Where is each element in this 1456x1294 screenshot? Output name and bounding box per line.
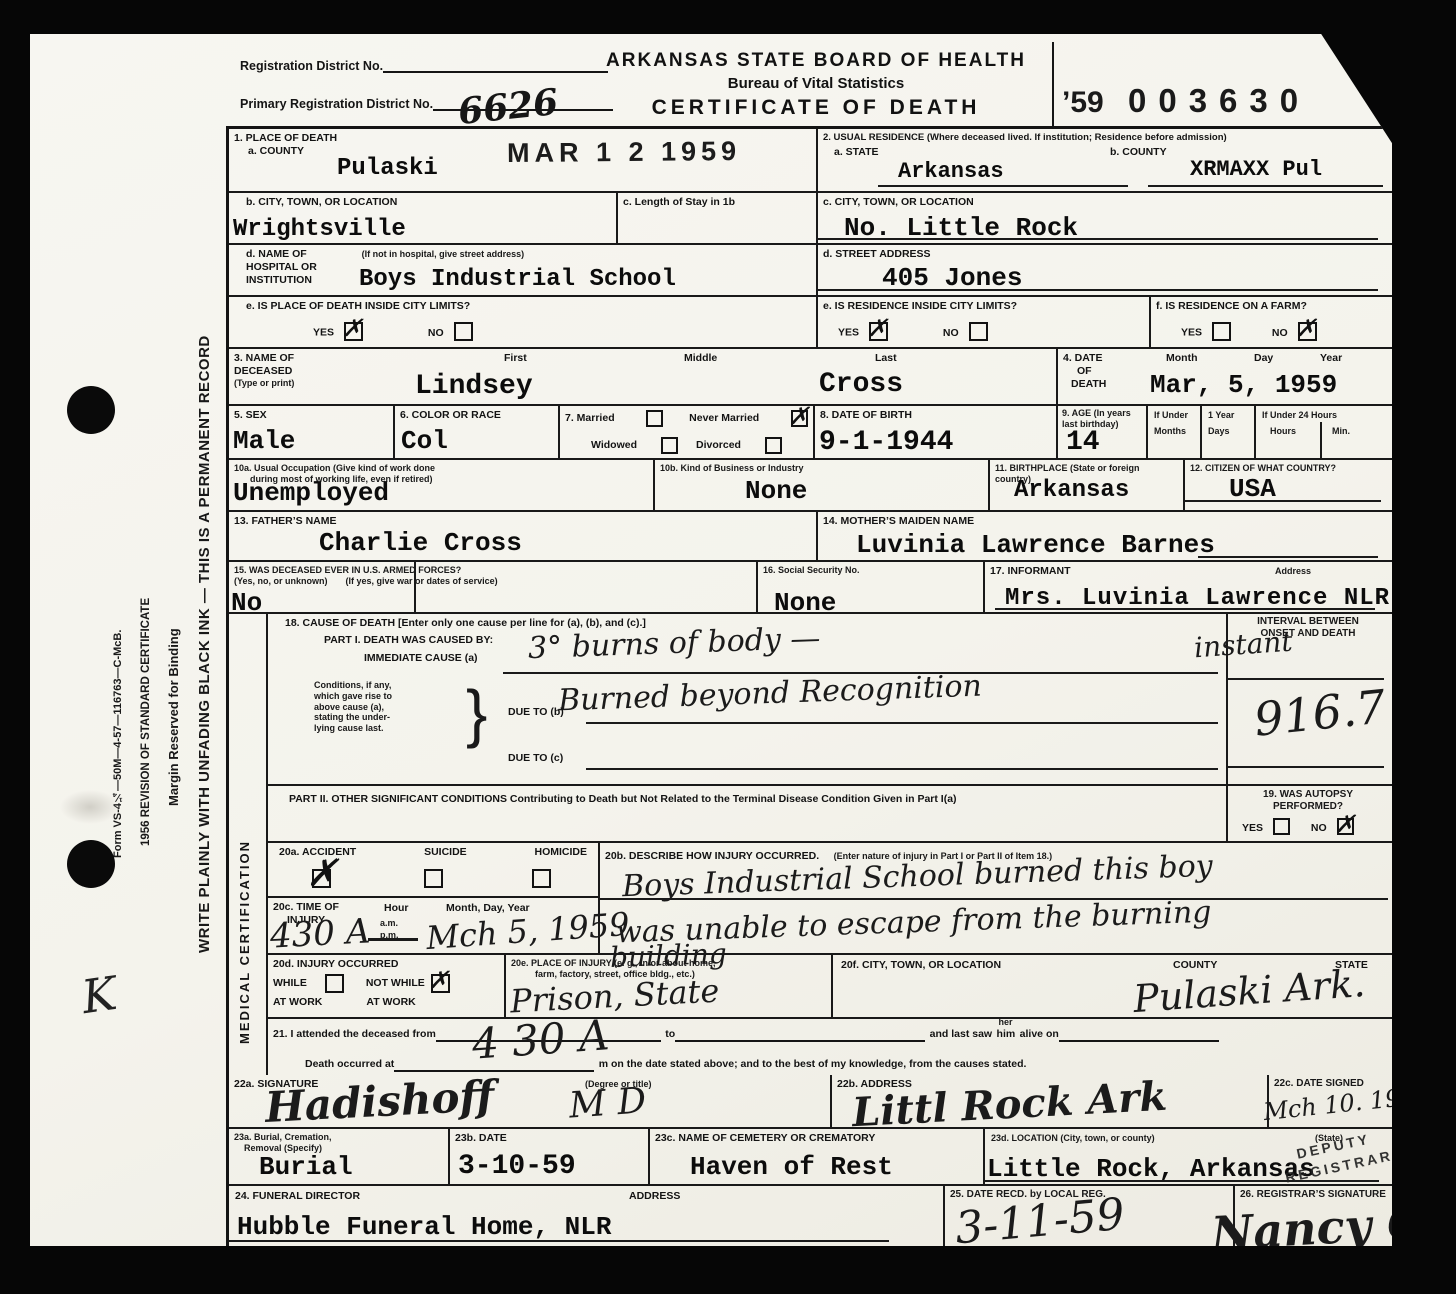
usual-residence-label: 2. USUAL RESIDENCE (Where deceased lived… — [823, 132, 1383, 144]
field-accident-suicide-homicide: 20a. ACCIDENT SUICIDE HOMICIDE ✗ — [268, 843, 598, 898]
check-mark: ✗ — [1296, 314, 1316, 342]
field-citizen: 12. CITIZEN OF WHAT COUNTRY? USA — [1185, 460, 1388, 510]
conditions-note-3: above cause (a), — [314, 702, 474, 713]
residence-city-limits-label: e. IS RESIDENCE INSIDE CITY LIMITS? — [823, 300, 1144, 313]
certificate-form: 1. PLACE OF DEATH a. COUNTY Pulaski MAR … — [226, 126, 1396, 1251]
autopsy-no-checkbox: ✗ — [1337, 818, 1354, 835]
field-burial-date: 23b. DATE 3-10-59 — [450, 1129, 650, 1184]
street-address-label: d. STREET ADDRESS — [823, 248, 1383, 261]
describe-injury-label: 20b. DESCRIBE HOW INJURY OCCURRED. — [605, 850, 819, 862]
medical-certification-block: MEDICAL CERTIFICATION 18. CAUSE OF DEATH… — [229, 614, 1393, 1075]
dob-label: 8. DATE OF BIRTH — [820, 409, 1051, 422]
occupation-value: Unemployed — [233, 478, 389, 508]
sex-value: Male — [233, 426, 295, 456]
death-time-value: 4 30 A — [470, 1010, 610, 1068]
cemetery-label: 23c. NAME OF CEMETERY OR CREMATORY — [655, 1132, 978, 1145]
medical-certification-strip: MEDICAL CERTIFICATION — [229, 614, 268, 1075]
suicide-label: SUICIDE — [424, 846, 467, 859]
residence-county-label: b. COUNTY — [1110, 146, 1167, 159]
received-date-stamp: MAR 1 2 1959 — [507, 136, 741, 169]
residence-state-value: Arkansas — [898, 159, 1004, 184]
interval-code: 916.7 — [1252, 679, 1389, 746]
min-label: Min. — [1332, 426, 1350, 437]
time-injury-value: 430 A — [269, 911, 371, 956]
field-institution: d. NAME OF (If not in hospital, give str… — [229, 245, 818, 295]
informant-address-label: Address — [1275, 566, 1311, 577]
field-registrar-signature: 26. REGISTRAR’S SIGNATURE Nancy C Wilson — [1235, 1186, 1388, 1248]
certificate-number-stamp: 003630 — [1128, 82, 1310, 120]
under-1-year-label-a: If Under — [1154, 410, 1188, 421]
race-value: Col — [401, 426, 448, 456]
first-name-header: First — [504, 352, 527, 365]
physician-signature-value: Hadishoff — [264, 1071, 495, 1132]
field-physician-signature: 22a. SIGNATURE (Degree or title) Hadisho… — [229, 1075, 832, 1127]
rule — [1198, 556, 1378, 558]
field-color-or-race: 6. COLOR OR RACE Col — [395, 406, 560, 458]
field-father-name: 13. FATHER’S NAME Charlie Cross — [229, 512, 818, 560]
him-label: herhim — [997, 1028, 1016, 1040]
field-death-city-limits: e. IS PLACE OF DEATH INSIDE CITY LIMITS?… — [229, 297, 818, 347]
rule — [1228, 766, 1384, 768]
burial-date-label: 23b. DATE — [455, 1132, 643, 1145]
while-at-work-checkbox — [325, 974, 344, 993]
not-while-at-work-checkbox: ✗ — [431, 974, 450, 993]
farm-no-checkbox: ✗ — [1298, 322, 1317, 341]
under-24-hours-label: If Under 24 Hours — [1262, 410, 1382, 421]
at-work-label-2: AT WORK — [366, 996, 415, 1009]
field-attended-deceased: 21. I attended the deceased from to and … — [268, 1019, 1388, 1075]
rule — [818, 289, 1378, 291]
residence-state-label: a. STATE — [834, 146, 879, 159]
ssn-label: 16. Social Security No. — [763, 565, 978, 576]
no-label: NO — [943, 327, 959, 339]
widowed-label: Widowed — [591, 439, 637, 452]
field-date-of-death: 4. DATE OF DEATH Month Day Year Mar, 5, … — [1058, 349, 1388, 404]
registration-district-label: Registration District No. — [240, 58, 608, 73]
header-divider — [1052, 42, 1054, 126]
degree-value: M D — [568, 1080, 648, 1126]
conditions-note-5: lying cause last. — [314, 723, 474, 734]
divorced-label: Divorced — [696, 439, 741, 452]
margin-revision-note: 1956 REVISION OF STANDARD CERTIFICATE — [140, 434, 152, 1009]
cemetery-value: Haven of Rest — [690, 1152, 893, 1182]
field-length-of-stay: c. Length of Stay in 1b — [618, 193, 818, 243]
conditions-note-2: which gave rise to — [314, 691, 474, 702]
rule — [1148, 185, 1383, 187]
injury-location-value: Pulaski Ark. — [1132, 961, 1367, 1021]
field-part2-conditions: PART II. OTHER SIGNIFICANT CONDITIONS Co… — [268, 786, 1228, 841]
field-interval-onset-death: INTERVAL BETWEEN ONSET AND DEATH instant… — [1228, 614, 1388, 784]
year-header: Year — [1320, 352, 1342, 365]
attended-to-label: to — [665, 1028, 675, 1040]
bureau-subtitle: Bureau of Vital Statistics — [556, 75, 1076, 92]
burial-value: Burial — [259, 1152, 353, 1182]
field-physician-address: 22b. ADDRESS Littl Rock Ark — [832, 1075, 1269, 1127]
check-mark: ✗ — [1335, 810, 1355, 838]
last-name-header: Last — [875, 352, 897, 365]
rule — [1185, 500, 1381, 502]
father-label: 13. FATHER’S NAME — [234, 515, 811, 528]
yes-label: YES — [1181, 327, 1202, 339]
institution-note: (If not in hospital, give street address… — [362, 249, 525, 259]
registration-district-text: Registration District No. — [240, 59, 383, 73]
margin-ink-note: WRITE PLAINLY WITH UNFADING BLACK INK — … — [196, 139, 213, 1149]
injury-county-label: COUNTY — [1173, 959, 1217, 972]
margin-binding-note: Margin Reserved for Binding — [166, 522, 181, 912]
day-header: Day — [1254, 352, 1273, 365]
autopsy-label-1: 19. WAS AUTOPSY — [1233, 789, 1383, 801]
check-mark: ✗ — [306, 851, 338, 895]
field-residence-city: c. CITY, TOWN, OR LOCATION No. Little Ro… — [818, 193, 1388, 243]
field-informant: 17. INFORMANT Address Mrs. Luvinia Lawre… — [985, 562, 1388, 612]
cause-part1-label: PART I. DEATH WAS CAUSED BY: — [324, 634, 493, 647]
name-label-2: DECEASED — [234, 365, 1051, 378]
field-age: 9. AGE (In years last birthday) 14 If Un… — [1058, 406, 1388, 458]
immediate-cause-label: IMMEDIATE CAUSE (a) — [364, 652, 478, 665]
city-of-death-value: Wrightsville — [233, 216, 406, 243]
rule — [818, 238, 1378, 240]
autopsy-label-2: PERFORMED? — [1233, 801, 1383, 813]
name-label-3: (Type or print) — [234, 378, 1051, 389]
field-place-of-injury: 20e. PLACE OF INJURY (e. g., in or about… — [506, 955, 833, 1017]
rule — [586, 768, 1218, 770]
race-label: 6. COLOR OR RACE — [400, 409, 553, 422]
residence-limits-no-checkbox — [969, 322, 988, 341]
field-time-of-injury: 20c. TIME OF INJURY Hour a.m. p.m. Month… — [268, 898, 598, 953]
divorced-checkbox — [765, 437, 782, 454]
length-of-stay-label: c. Length of Stay in 1b — [623, 196, 811, 209]
death-limits-yes-checkbox: ✗ — [344, 322, 363, 341]
header-titles: ARKANSAS STATE BOARD OF HEALTH Bureau of… — [556, 50, 1076, 120]
at-work-label-1: AT WORK — [273, 996, 322, 1009]
field-cause-of-death: 18. CAUSE OF DEATH [Enter only one cause… — [268, 614, 1228, 784]
no-label: NO — [428, 327, 444, 339]
rule — [600, 898, 1388, 900]
board-title: ARKANSAS STATE BOARD OF HEALTH — [556, 50, 1076, 72]
residence-limits-yes-checkbox: ✗ — [869, 322, 888, 341]
months-label: Months — [1154, 426, 1186, 437]
certificate-title: CERTIFICATE OF DEATH — [556, 96, 1076, 120]
conditions-brace: } — [466, 676, 487, 750]
residence-county-value: XRMAXX Pul — [1190, 157, 1322, 182]
burial-date-value: 3-10-59 — [458, 1151, 576, 1182]
rule — [878, 185, 1128, 187]
age-label-1: 9. AGE (In years — [1062, 408, 1131, 419]
institution-label-1: d. NAME OF — [246, 248, 307, 260]
conditions-note-4: stating the under- — [314, 712, 474, 723]
field-autopsy: 19. WAS AUTOPSY PERFORMED? YES NO ✗ — [1228, 786, 1388, 841]
part2-label: PART II. OTHER SIGNIFICANT CONDITIONS Co… — [289, 793, 1221, 806]
certificate-year-stamp: ’59 — [1062, 86, 1104, 120]
primary-registration-text: Primary Registration District No. — [240, 97, 433, 111]
informant-label: 17. INFORMANT — [990, 565, 1383, 578]
name-label-1: 3. NAME OF — [234, 352, 1051, 365]
married-label: 7. Married — [565, 412, 615, 425]
suicide-checkbox — [424, 869, 443, 888]
mother-label: 14. MOTHER’S MAIDEN NAME — [823, 515, 1383, 528]
medical-certification-vertical-label: MEDICAL CERTIFICATION — [237, 644, 252, 1044]
field-armed-forces: 15. WAS DECEASED EVER IN U.S. ARMED FORC… — [229, 562, 758, 612]
smudge — [60, 790, 120, 824]
field-cemetery: 23c. NAME OF CEMETERY OR CREMATORY Haven… — [650, 1129, 985, 1184]
yes-label: YES — [313, 327, 334, 339]
rule — [586, 722, 1218, 724]
field-injury-at-work: 20d. INJURY OCCURRED WHILE NOT WHILE ✗ A… — [268, 955, 506, 1017]
under-1-year-label-b: 1 Year — [1208, 410, 1234, 421]
yes-label: YES — [838, 327, 859, 339]
accident-checkbox: ✗ — [312, 869, 331, 888]
city-of-death-label: b. CITY, TOWN, OR LOCATION — [246, 196, 611, 209]
certificate-header: Registration District No. Primary Regist… — [226, 42, 1390, 126]
injury-occurred-label: 20d. INJURY OCCURRED — [273, 958, 499, 971]
check-mark: ✗ — [789, 402, 809, 430]
field-place-of-death-county: 1. PLACE OF DEATH a. COUNTY Pulaski MAR … — [229, 129, 818, 191]
field-date-signed: 22c. DATE SIGNED Mch 10. 1959. — [1269, 1075, 1388, 1127]
field-marital-status: 7. Married Never Married ✗ Widowed Divor… — [560, 406, 815, 458]
burial-label-1: 23a. Burial, Cremation, — [234, 1132, 443, 1143]
rule — [229, 1240, 889, 1242]
residence-city-label: c. CITY, TOWN, OR LOCATION — [823, 196, 1383, 209]
attended-from-label: 21. I attended the deceased from — [273, 1028, 436, 1040]
cause-line-2: Burned beyond Recognition — [558, 669, 983, 719]
field-city-of-death: b. CITY, TOWN, OR LOCATION Wrightsville — [229, 193, 618, 243]
business-value: None — [745, 476, 807, 506]
institution-label: d. NAME OF (If not in hospital, give str… — [246, 248, 811, 261]
farm-yes-checkbox — [1212, 322, 1231, 341]
funeral-director-value: Hubble Funeral Home, NLR — [237, 1212, 611, 1242]
homicide-label: HOMICIDE — [535, 846, 588, 859]
yes-label: YES — [1242, 822, 1263, 834]
armed-forces-label: 15. WAS DECEASED EVER IN U.S. ARMED FORC… — [234, 565, 751, 576]
hours-label: Hours — [1270, 426, 1296, 437]
conditions-note-1: Conditions, if any, — [314, 680, 474, 691]
death-limits-no-checkbox — [454, 322, 473, 341]
business-label: 10b. Kind of Business or Industry — [660, 463, 983, 474]
rule — [1228, 678, 1384, 680]
blank — [675, 1027, 925, 1042]
institution-value: Boys Industrial School — [359, 266, 676, 293]
homicide-checkbox — [532, 869, 551, 888]
not-while-label: NOT WHILE — [366, 977, 425, 990]
check-mark: ✗ — [867, 314, 887, 342]
first-name-value: Lindsey — [415, 371, 533, 402]
father-value: Charlie Cross — [319, 528, 522, 558]
field-usual-residence: 2. USUAL RESIDENCE (Where deceased lived… — [818, 129, 1388, 191]
death-occurred-label: Death occurred at — [305, 1058, 394, 1070]
month-header: Month — [1166, 352, 1198, 365]
field-birthplace: 11. BIRTHPLACE (State or foreign country… — [990, 460, 1185, 510]
check-mark: ✗ — [342, 314, 362, 342]
hour-label: Hour — [384, 902, 409, 915]
am-label: a.m. — [380, 918, 398, 929]
field-date-of-birth: 8. DATE OF BIRTH 9-1-1944 — [815, 406, 1058, 458]
while-label: WHILE — [273, 977, 307, 990]
field-residence-city-limits: e. IS RESIDENCE INSIDE CITY LIMITS? YES … — [818, 297, 1151, 347]
occupation-label-1: 10a. Usual Occupation (Give kind of work… — [234, 463, 648, 474]
field-describe-injury: 20b. DESCRIBE HOW INJURY OCCURRED. (Ente… — [600, 843, 1388, 953]
mother-value: Luvinia Lawrence Barnes — [856, 530, 1215, 560]
certificate-paper: WRITE PLAINLY WITH UNFADING BLACK INK — … — [30, 34, 1392, 1246]
field-residence-farm: f. IS RESIDENCE ON A FARM? YES NO ✗ — [1151, 297, 1388, 347]
field-occupation: 10a. Usual Occupation (Give kind of work… — [229, 460, 655, 510]
field-injury-location: 20f. CITY, TOWN, OR LOCATION COUNTY STAT… — [833, 955, 1388, 1017]
margin-form-number: Form VS-4¼—50M—4-57—116763—C-McB. — [112, 464, 124, 1024]
alive-on-label: alive on — [1020, 1028, 1059, 1040]
punch-hole-bottom — [67, 840, 115, 888]
armed-forces-note-2: (If yes, give war or dates of service) — [346, 576, 498, 587]
check-mark: ✗ — [429, 966, 449, 994]
funeral-director-address-label: ADDRESS — [629, 1190, 680, 1203]
death-occurred-text: m on the date stated above; and to the b… — [599, 1058, 1027, 1070]
field-sex: 5. SEX Male — [229, 406, 395, 458]
death-city-limits-label: e. IS PLACE OF DEATH INSIDE CITY LIMITS? — [246, 300, 811, 313]
interval-value: instant — [1193, 625, 1294, 665]
margin-handwritten-mark: K — [78, 966, 120, 1024]
field-date-received: 25. DATE RECD. by LOCAL REG. 3-11-59 — [945, 1186, 1235, 1248]
pen-strike — [368, 938, 418, 941]
days-label: Days — [1208, 426, 1230, 437]
never-married-checkbox: ✗ — [791, 410, 808, 427]
age-value: 14 — [1066, 427, 1100, 458]
autopsy-yes-checkbox — [1273, 818, 1290, 835]
field-burial-type: 23a. Burial, Cremation, Removal (Specify… — [229, 1129, 450, 1184]
widowed-checkbox — [661, 437, 678, 454]
dob-value: 9-1-1944 — [819, 427, 953, 458]
married-checkbox — [646, 410, 663, 427]
middle-name-header: Middle — [684, 352, 717, 365]
armed-forces-note-1: (Yes, no, or unknown) — [234, 576, 328, 587]
burial-location-label: 23d. LOCATION (City, town, or county) — [991, 1133, 1155, 1144]
date-of-death-value: Mar, 5, 1959 — [1150, 370, 1337, 400]
injury-city-label: 20f. CITY, TOWN, OR LOCATION — [841, 959, 1001, 972]
last-name-value: Cross — [819, 369, 903, 400]
rule — [995, 608, 1375, 610]
field-name-of-deceased: 3. NAME OF DECEASED (Type or print) Firs… — [229, 349, 1058, 404]
no-label: NO — [1311, 822, 1327, 834]
due-to-c-label: DUE TO (c) — [508, 752, 563, 765]
birthplace-value: Arkansas — [1014, 477, 1129, 504]
punch-hole-top — [67, 386, 115, 434]
citizen-label: 12. CITIZEN OF WHAT COUNTRY? — [1190, 463, 1383, 474]
never-married-label: Never Married — [689, 412, 759, 425]
funeral-director-label: 24. FUNERAL DIRECTOR — [235, 1190, 360, 1203]
no-label: NO — [1272, 327, 1288, 339]
blank — [1059, 1027, 1219, 1042]
due-to-b-label: DUE TO (b) — [508, 706, 564, 719]
field-ssn: 16. Social Security No. None — [758, 562, 985, 612]
residence-farm-label: f. IS RESIDENCE ON A FARM? — [1156, 300, 1383, 313]
field-mother-name: 14. MOTHER’S MAIDEN NAME Luvinia Lawrenc… — [818, 512, 1388, 560]
sex-label: 5. SEX — [234, 409, 388, 422]
field-business-industry: 10b. Kind of Business or Industry None — [655, 460, 990, 510]
county-value: Pulaski — [337, 155, 438, 182]
place-injury-label-1: 20e. PLACE OF INJURY (e. g., in or about… — [511, 958, 826, 969]
field-street-address: d. STREET ADDRESS 405 Jones — [818, 245, 1388, 295]
field-funeral-director: 24. FUNERAL DIRECTOR ADDRESS Hubble Fune… — [229, 1186, 945, 1248]
her-label: her — [999, 1017, 1013, 1028]
last-saw-label: and last saw — [930, 1028, 992, 1040]
